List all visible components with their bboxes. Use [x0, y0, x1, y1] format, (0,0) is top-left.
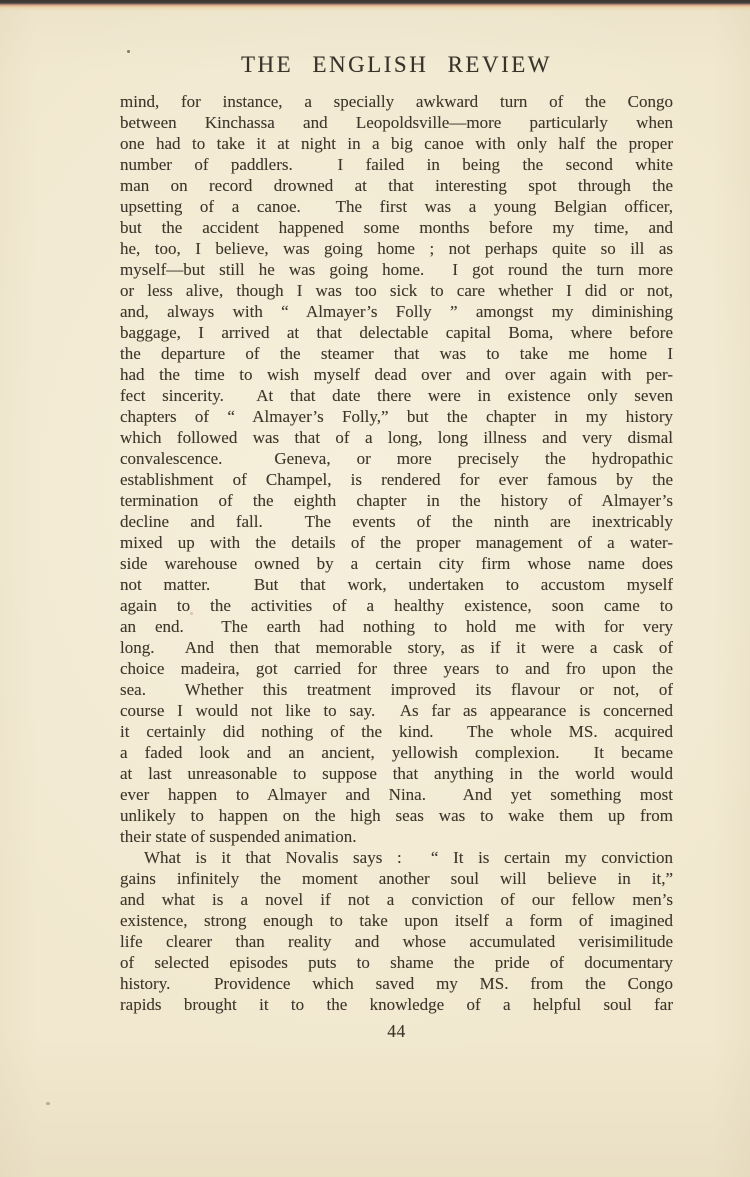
text-line: it certainly did nothing of the kind. Th…	[120, 721, 673, 742]
text-line: life clearer than reality and whose accu…	[120, 931, 673, 952]
text-line: history. Providence which saved my MS. f…	[120, 973, 673, 994]
text-line: which followed was that of a long, long …	[120, 427, 673, 448]
text-line: again to the activities of a healthy exi…	[120, 595, 673, 616]
text-line: at last unreasonable to suppose that any…	[120, 763, 673, 784]
page-number: 44	[120, 1021, 673, 1042]
text-line: ever happen to Almayer and Nina. And yet…	[120, 784, 673, 805]
text-line: a faded look and an ancient, yellowish c…	[120, 742, 673, 763]
text-line: but the accident happened some months be…	[120, 217, 673, 238]
text-line: termination of the eighth chapter in the…	[120, 490, 673, 511]
text-line: convalescence. Geneva, or more precisely…	[120, 448, 673, 469]
paper-speck	[46, 1102, 50, 1105]
text-line: rapids brought it to the knowledge of a …	[120, 994, 673, 1015]
text-line: long. And then that memorable story, as …	[120, 637, 673, 658]
text-line: existence, strong enough to take upon it…	[120, 910, 673, 931]
text-line: their state of suspended animation.	[120, 826, 673, 847]
text-line: course I would not like to say. As far a…	[120, 700, 673, 721]
running-header-title: THE ENGLISH REVIEW	[120, 52, 673, 78]
paper-speck	[190, 612, 193, 615]
text-line: unlikely to happen on the high seas was …	[120, 805, 673, 826]
text-line: between Kinchassa and Leopoldsville—more…	[120, 112, 673, 133]
text-line: fect sincerity. At that date there were …	[120, 385, 673, 406]
text-line: of selected episodes puts to shame the p…	[120, 952, 673, 973]
text-line: not matter. But that work, undertaken to…	[120, 574, 673, 595]
text-line: mixed up with the details of the proper …	[120, 532, 673, 553]
text-line: or less alive, though I was too sick to …	[120, 280, 673, 301]
text-line: upsetting of a canoe. The first was a yo…	[120, 196, 673, 217]
text-line: man on record drowned at that interestin…	[120, 175, 673, 196]
text-line: sea. Whether this treatment improved its…	[120, 679, 673, 700]
scan-top-edge	[0, 0, 750, 12]
text-line: chapters of “ Almayer’s Folly,” but the …	[120, 406, 673, 427]
body-text: mind, for instance, a specially awkward …	[120, 91, 673, 1015]
text-line: mind, for instance, a specially awkward …	[120, 91, 673, 112]
scanned-book-page: THE ENGLISH REVIEW mind, for instance, a…	[0, 0, 750, 1177]
text-line: What is it that Novalis says : “ It is c…	[120, 847, 673, 868]
text-line: baggage, I arrived at that delectable ca…	[120, 322, 673, 343]
text-line: the departure of the steamer that was to…	[120, 343, 673, 364]
text-line: number of paddlers. I failed in being th…	[120, 154, 673, 175]
text-line: and, always with “ Almayer’s Folly ” amo…	[120, 301, 673, 322]
text-line: establishment of Champel, is rendered fo…	[120, 469, 673, 490]
text-line: choice madeira, got carried for three ye…	[120, 658, 673, 679]
text-line: one had to take it at night in a big can…	[120, 133, 673, 154]
text-line: had the time to wish myself dead over an…	[120, 364, 673, 385]
text-line: side warehouse owned by a certain city f…	[120, 553, 673, 574]
text-line: and what is a novel if not a conviction …	[120, 889, 673, 910]
text-line: an end. The earth had nothing to hold me…	[120, 616, 673, 637]
text-line: decline and fall. The events of the nint…	[120, 511, 673, 532]
paper-speck	[127, 50, 130, 53]
text-line: gains infinitely the moment another soul…	[120, 868, 673, 889]
text-line: myself—but still he was going home. I go…	[120, 259, 673, 280]
text-line: he, too, I believe, was going home ; not…	[120, 238, 673, 259]
